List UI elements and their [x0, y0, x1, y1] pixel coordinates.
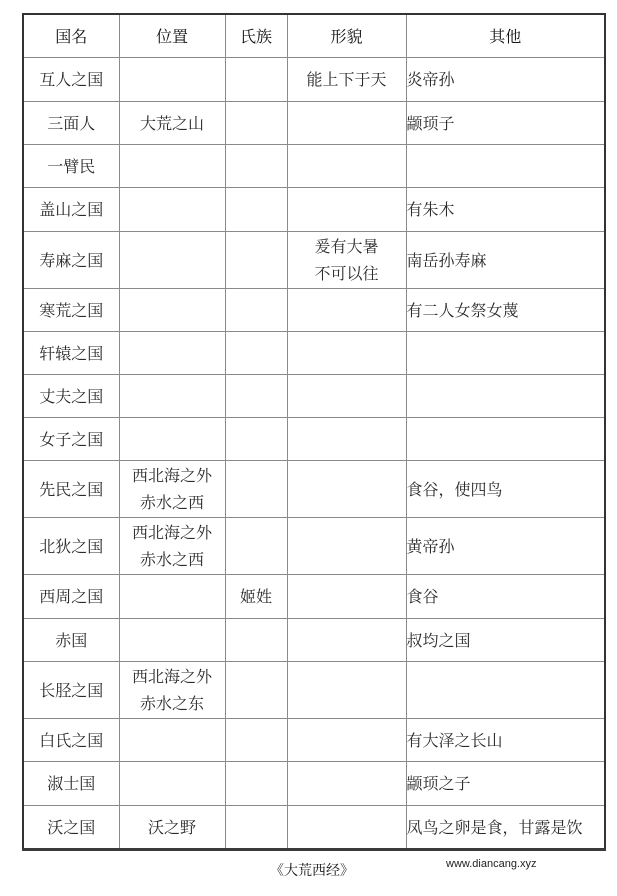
table-row: 淑士国颛顼之子 — [23, 762, 605, 806]
cell-name: 北狄之国 — [23, 518, 119, 575]
cell-name: 淑士国 — [23, 762, 119, 806]
cell-other: 食谷，使四鸟 — [406, 461, 605, 518]
header-other: 其他 — [406, 14, 605, 58]
cell-location — [119, 232, 225, 289]
cell-name: 女子之国 — [23, 418, 119, 461]
cell-clan — [225, 418, 287, 461]
cell-location — [119, 332, 225, 375]
cell-clan — [225, 461, 287, 518]
cell-clan: 姬姓 — [225, 575, 287, 619]
table-row: 女子之国 — [23, 418, 605, 461]
cell-name: 长胫之国 — [23, 662, 119, 719]
cell-location: 大荒之山 — [119, 102, 225, 145]
cell-name: 寿麻之国 — [23, 232, 119, 289]
table-row: 盖山之国有朱木 — [23, 188, 605, 232]
cell-clan — [225, 375, 287, 418]
cell-location — [119, 719, 225, 762]
cell-appearance — [287, 575, 406, 619]
cell-other — [406, 375, 605, 418]
cell-location: 西北海之外赤水之西 — [119, 518, 225, 575]
cell-other: 炎帝孙 — [406, 58, 605, 102]
cell-location — [119, 575, 225, 619]
table-row: 先民之国西北海之外赤水之西食谷，使四鸟 — [23, 461, 605, 518]
watermark-url: www.diancang.xyz — [446, 858, 537, 870]
cell-name: 轩辕之国 — [23, 332, 119, 375]
cell-other: 有朱木 — [406, 188, 605, 232]
cell-appearance — [287, 188, 406, 232]
cell-location: 西北海之外赤水之西 — [119, 461, 225, 518]
cell-other: 有大泽之长山 — [406, 719, 605, 762]
table-row: 西周之国姬姓食谷 — [23, 575, 605, 619]
table-row: 寒荒之国有二人女祭女蔑 — [23, 289, 605, 332]
cell-clan — [225, 518, 287, 575]
header-clan: 氏族 — [225, 14, 287, 58]
location-line: 赤水之西 — [120, 546, 225, 573]
cell-clan — [225, 188, 287, 232]
table-row: 沃之国沃之野凤鸟之卵是食，甘露是饮 — [23, 806, 605, 850]
cell-location: 西北海之外赤水之东 — [119, 662, 225, 719]
cell-other: 凤鸟之卵是食，甘露是饮 — [406, 806, 605, 850]
cell-appearance — [287, 619, 406, 662]
cell-name: 白氏之国 — [23, 719, 119, 762]
cell-other — [406, 662, 605, 719]
cell-appearance — [287, 518, 406, 575]
cell-appearance — [287, 145, 406, 188]
cell-clan — [225, 289, 287, 332]
cell-appearance — [287, 375, 406, 418]
source-caption: 《大荒西经》 — [270, 860, 354, 880]
cell-appearance — [287, 662, 406, 719]
cell-other: 食谷 — [406, 575, 605, 619]
table-row: 长胫之国西北海之外赤水之东 — [23, 662, 605, 719]
appearance-line: 爰有大暑 — [288, 233, 406, 260]
location-line: 赤水之西 — [120, 489, 225, 516]
cell-other: 黄帝孙 — [406, 518, 605, 575]
table-row: 互人之国能上下于天炎帝孙 — [23, 58, 605, 102]
cell-name: 丈夫之国 — [23, 375, 119, 418]
table-row: 赤国叔均之国 — [23, 619, 605, 662]
cell-name: 互人之国 — [23, 58, 119, 102]
cell-clan — [225, 145, 287, 188]
cell-name: 沃之国 — [23, 806, 119, 850]
location-line: 赤水之东 — [120, 690, 225, 717]
cell-clan — [225, 58, 287, 102]
header-row: 国名 位置 氏族 形貌 其他 — [23, 14, 605, 58]
cell-location — [119, 145, 225, 188]
appearance-line: 能上下于天 — [288, 66, 406, 93]
cell-other — [406, 145, 605, 188]
cell-name: 三面人 — [23, 102, 119, 145]
cell-other: 颛顼子 — [406, 102, 605, 145]
cell-location — [119, 619, 225, 662]
cell-appearance — [287, 762, 406, 806]
header-name: 国名 — [23, 14, 119, 58]
cell-appearance: 爰有大暑不可以往 — [287, 232, 406, 289]
cell-other: 颛顼之子 — [406, 762, 605, 806]
table-row: 轩辕之国 — [23, 332, 605, 375]
cell-name: 寒荒之国 — [23, 289, 119, 332]
cell-location — [119, 418, 225, 461]
cell-name: 赤国 — [23, 619, 119, 662]
cell-other: 南岳孙寿麻 — [406, 232, 605, 289]
table-row: 一臂民 — [23, 145, 605, 188]
cell-other: 有二人女祭女蔑 — [406, 289, 605, 332]
location-line: 沃之野 — [120, 814, 225, 841]
cell-other: 叔均之国 — [406, 619, 605, 662]
table-row: 丈夫之国 — [23, 375, 605, 418]
cell-appearance: 能上下于天 — [287, 58, 406, 102]
cell-clan — [225, 102, 287, 145]
table-row: 寿麻之国爰有大暑不可以往南岳孙寿麻 — [23, 232, 605, 289]
cell-clan — [225, 332, 287, 375]
cell-name: 西周之国 — [23, 575, 119, 619]
cell-name: 先民之国 — [23, 461, 119, 518]
header-location: 位置 — [119, 14, 225, 58]
cell-appearance — [287, 332, 406, 375]
cell-appearance — [287, 289, 406, 332]
cell-location — [119, 762, 225, 806]
table-row: 三面人大荒之山颛顼子 — [23, 102, 605, 145]
cell-clan — [225, 232, 287, 289]
cell-appearance — [287, 806, 406, 850]
cell-location — [119, 289, 225, 332]
cell-clan — [225, 619, 287, 662]
table-row: 白氏之国有大泽之长山 — [23, 719, 605, 762]
cell-appearance — [287, 102, 406, 145]
cell-name: 一臂民 — [23, 145, 119, 188]
location-line: 大荒之山 — [120, 110, 225, 137]
header-appearance: 形貌 — [287, 14, 406, 58]
appearance-line: 不可以往 — [288, 260, 406, 287]
location-line: 西北海之外 — [120, 462, 225, 489]
cell-location — [119, 375, 225, 418]
cell-clan — [225, 806, 287, 850]
cell-location — [119, 188, 225, 232]
cell-location: 沃之野 — [119, 806, 225, 850]
location-line: 西北海之外 — [120, 519, 225, 546]
cell-clan — [225, 719, 287, 762]
cell-appearance — [287, 719, 406, 762]
cell-other — [406, 332, 605, 375]
cell-clan — [225, 662, 287, 719]
cell-other — [406, 418, 605, 461]
cell-appearance — [287, 418, 406, 461]
cell-appearance — [287, 461, 406, 518]
table-row: 北狄之国西北海之外赤水之西黄帝孙 — [23, 518, 605, 575]
cell-name: 盖山之国 — [23, 188, 119, 232]
location-line: 西北海之外 — [120, 663, 225, 690]
countries-table: 国名 位置 氏族 形貌 其他 互人之国能上下于天炎帝孙三面人大荒之山颛顼子一臂民… — [22, 13, 606, 851]
cell-location — [119, 58, 225, 102]
cell-clan — [225, 762, 287, 806]
